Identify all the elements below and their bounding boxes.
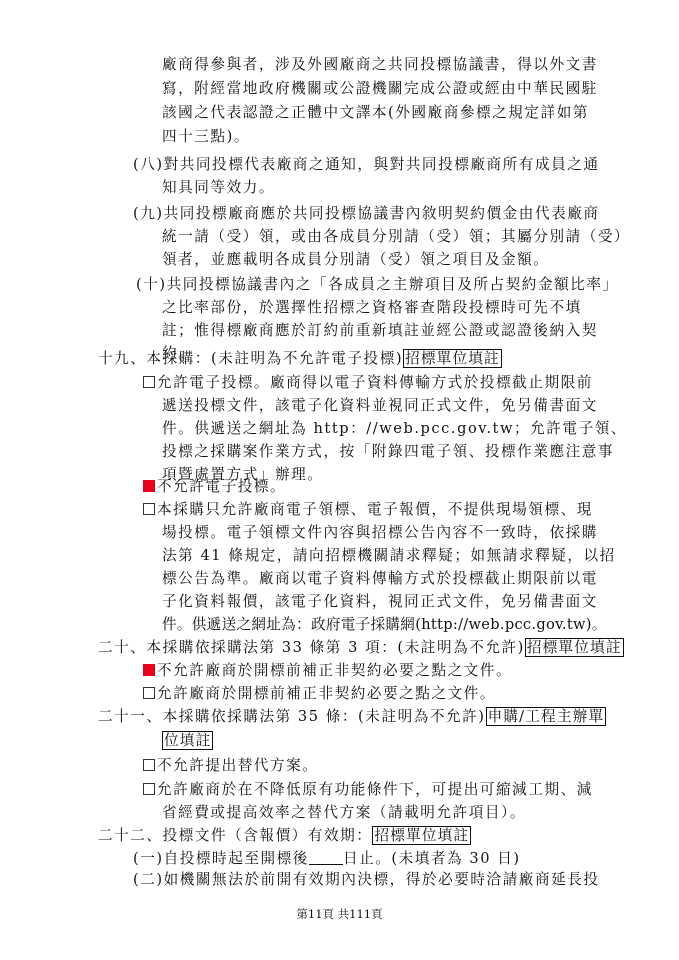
option-allow-correction[interactable]: 允許廠商於開標前補正非契約必要之點之文件。 bbox=[143, 684, 496, 704]
section-19-heading: 十九、本採購：(未註明為不允許電子投標)招標單位填註 bbox=[98, 349, 502, 369]
item-22-1: (一)自投標時起至開標後日止。(未填者為 30 日) bbox=[133, 849, 521, 869]
item-8: (八)對共同投標代表廠商之通知，與對共同投標廠商所有成員之通 bbox=[133, 155, 600, 175]
checkbox[interactable] bbox=[143, 503, 155, 515]
fill-tag: 招標單位填註 bbox=[372, 826, 471, 845]
item-8-cont: 知具同等效力。 bbox=[162, 178, 275, 198]
option-disallow-electronic[interactable]: 不允許電子投標。 bbox=[143, 477, 286, 497]
text-line: 子化資料報價，該電子化資料，視同正式文件，免另備書面文 bbox=[162, 592, 598, 612]
text-line: 標公告為準。廠商以電子資料傳輸方式於投標截止期限前以電 bbox=[162, 569, 598, 589]
checkbox[interactable] bbox=[143, 376, 155, 388]
item-9: (九)共同投標廠商應於共同投標協議書內敘明契約價金由代表廠商 bbox=[133, 204, 600, 224]
text-line: 遞送投標文件，該電子化資料並視同正式文件，免另備書面文 bbox=[162, 396, 598, 416]
days-blank-field[interactable] bbox=[309, 850, 343, 865]
checkbox-checked[interactable] bbox=[143, 664, 155, 676]
option-disallow-correction[interactable]: 不允許廠商於開標前補正非契約必要之點之文件。 bbox=[143, 661, 512, 681]
text-line: 該國之代表認證之正體中文譯本(外國廠商參標之規定詳如第 bbox=[162, 103, 589, 123]
fill-tag: 位填註 bbox=[162, 731, 213, 750]
text-line: 省經費或提高效率之替代方案（請載明允許項目）。 bbox=[162, 803, 526, 823]
section-21-heading: 二十一、本採購依採購法第 35 條：(未註明為不允許)申購/工程主辦單 bbox=[98, 707, 606, 727]
checkbox[interactable] bbox=[143, 759, 155, 771]
text-line: 法第 41 條規定，請向招標機關請求釋疑；如無請求釋疑，以招 bbox=[162, 546, 616, 566]
option-no-alternative[interactable]: 不允許提出替代方案。 bbox=[143, 756, 318, 776]
text-line: 廠商得參與者，涉及外國廠商之共同投標協議書，得以外文書 bbox=[162, 55, 598, 75]
text-line: 件。供遞送之網址為 http：//web.pcc.gov.tw；允許電子領、 bbox=[162, 419, 627, 439]
text-line: 件。供遞送之網址為：政府電子採購網(http://web.pcc.gov.tw)… bbox=[162, 615, 607, 635]
heading-text: 十九、本採購：(未註明為不允許電子投標) bbox=[98, 350, 403, 367]
item-22-2: (二)如機關無法於前開有效期內決標，得於必要時洽請廠商延長投 bbox=[133, 870, 600, 890]
item-9-cont: 統一請（受）領，或由各成員分別請（受）領；其屬分別請（受） bbox=[162, 227, 630, 247]
item-10-cont: 註；惟得標廠商應於訂約前重新填註並經公證或認證後納入契 bbox=[162, 321, 598, 341]
text-line: 四十三點)。 bbox=[162, 127, 250, 147]
option-electronic-only[interactable]: 本採購只允許廠商電子領標、電子報價，不提供現場領標、現 bbox=[143, 500, 593, 520]
checkbox-checked[interactable] bbox=[143, 480, 155, 492]
option-allow-alternative[interactable]: 允許廠商於在不降低原有功能條件下，可提出可縮減工期、減 bbox=[143, 780, 593, 800]
text-line: 投標之採購案作業方式，按「附錄四電子領、投標作業應注意事 bbox=[162, 442, 614, 462]
option-allow-electronic[interactable]: 允許電子投標。廠商得以電子資料傳輸方式於投標截止期限前 bbox=[143, 373, 593, 393]
item-10: (十)共同投標協議書內之「各成員之主辦項目及所占契約金額比率」 bbox=[136, 275, 619, 295]
section-22-heading: 二十二、投標文件（含報價）有效期：招標單位填註 bbox=[98, 826, 471, 846]
text-line: 場投標。電子領標文件內容與招標公告內容不一致時，依採購 bbox=[162, 523, 598, 543]
item-9-cont: 領者，並應載明各成員分別請（受）領之項目及金額。 bbox=[162, 250, 549, 270]
fill-tag: 申購/工程主辦單 bbox=[486, 707, 607, 726]
page-footer: 第11頁 共111頁 bbox=[0, 906, 679, 922]
section-21-tag-cont: 位填註 bbox=[162, 731, 213, 751]
fill-tag: 招標單位填註 bbox=[525, 638, 624, 657]
checkbox[interactable] bbox=[143, 687, 155, 699]
item-10-cont: 之比率部份，於選擇性招標之資格審查階段投標時可先不填 bbox=[162, 298, 582, 318]
section-20-heading: 二十、本採購依採購法第 33 條第 3 項：(未註明為不允許)招標單位填註 bbox=[98, 638, 624, 658]
fill-tag: 招標單位填註 bbox=[403, 349, 502, 368]
text-line: 寫，附經當地政府機關或公證機關完成公證或經由中華民國駐 bbox=[162, 79, 598, 99]
checkbox[interactable] bbox=[143, 783, 155, 795]
